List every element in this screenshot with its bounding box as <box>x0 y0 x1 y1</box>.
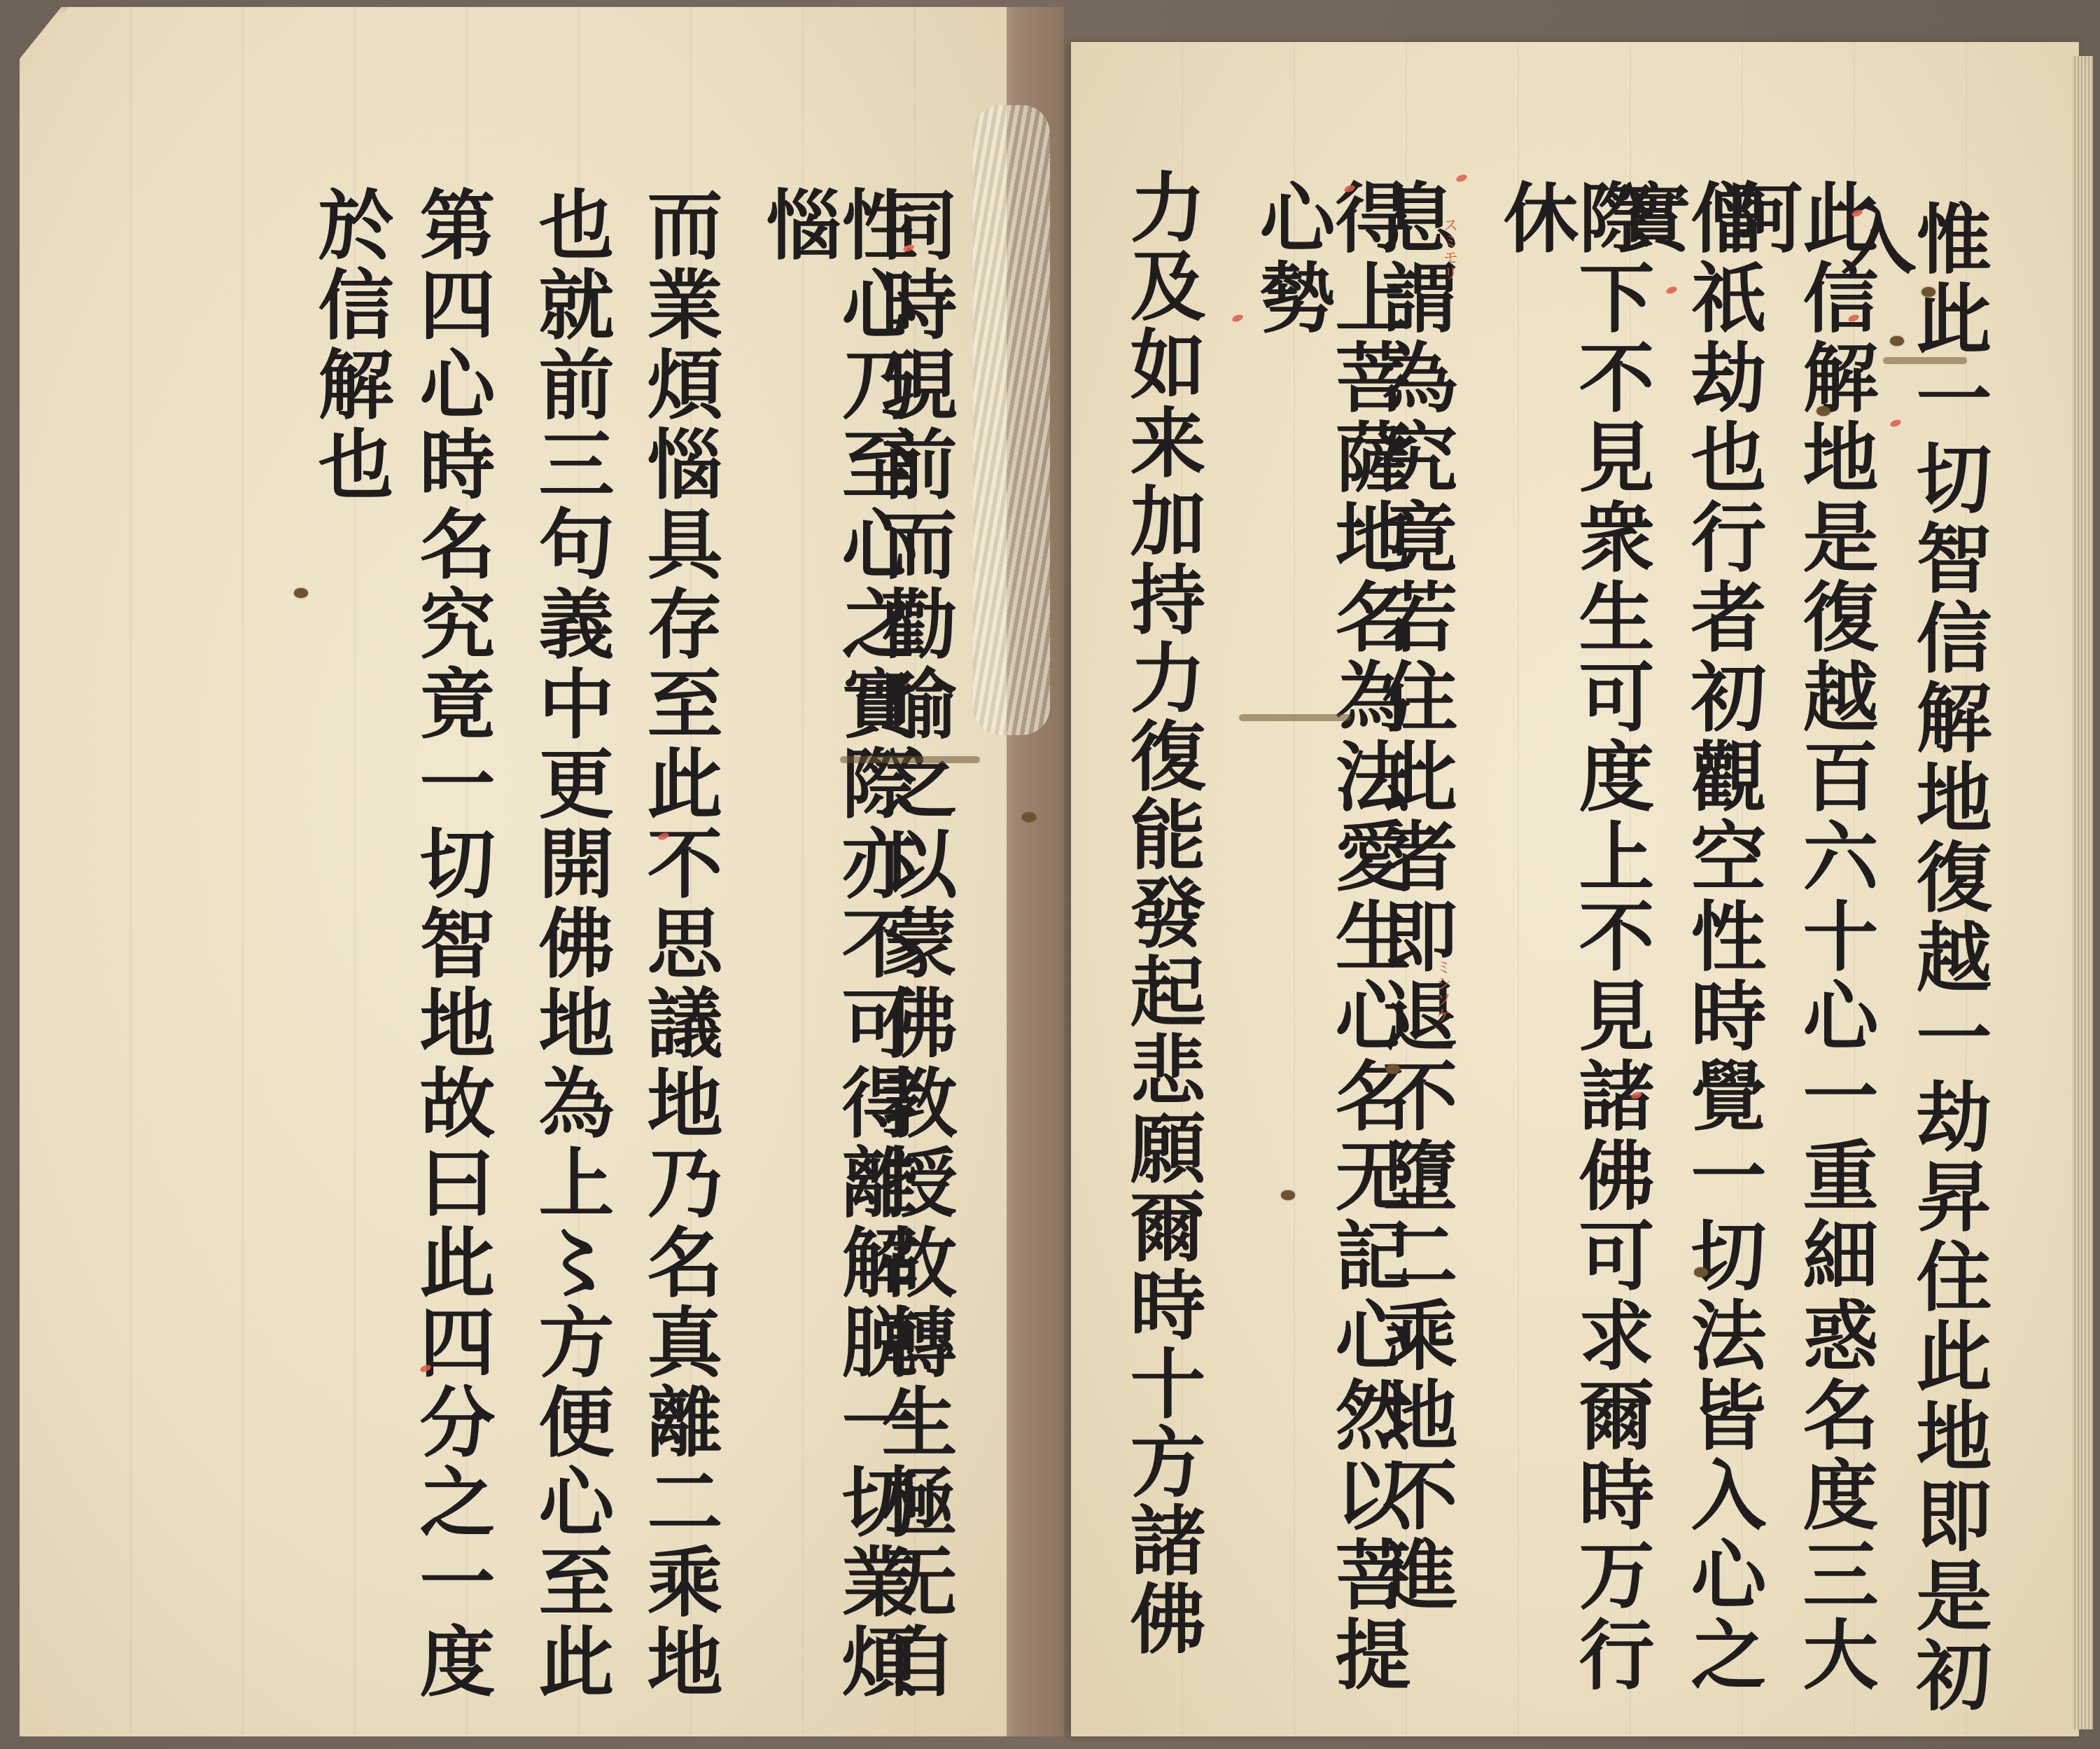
text-column-r7: 力及如来加持力復能發起悲願爾時十方諸佛 <box>1123 168 1199 1658</box>
wormhole <box>1890 336 1904 346</box>
wormhole <box>1694 1267 1708 1277</box>
book-spread: 惟此一切智信解地復越一劫昇住此地即是初入 此信解地是復越百六十心一重細惑名度三大… <box>0 0 2100 1749</box>
text-column-l2: 性心乃至心之實際亦不可得離解脱一切業煩惱 <box>759 186 911 1749</box>
wormhole <box>1022 812 1036 822</box>
page-edges <box>2072 56 2093 1729</box>
wormhole <box>294 588 308 598</box>
wormhole <box>1281 1190 1295 1200</box>
text-column-l4: 也就前三句義中更開佛地為上〻方便心至此 <box>532 186 608 1702</box>
wormhole <box>1816 406 1830 416</box>
bleed-through-text <box>161 182 287 1092</box>
katakana-gloss: ミシソケ <box>1431 959 1453 1024</box>
wormhole <box>1921 287 1935 297</box>
water-stain <box>1883 357 1967 364</box>
text-column-l3: 而業煩惱具存至此不思議地乃名真離二乘地 <box>640 186 716 1702</box>
text-column-l5: 第四心時名究竟一切智地故曰此四分之一度 <box>413 186 489 1702</box>
water-stain <box>840 756 980 763</box>
text-column-l6: 於信解也 <box>311 186 387 505</box>
text-column-r4: 際下不見衆生可度上不見諸佛可求爾時万行休 <box>1497 179 1648 1749</box>
text-column-r6: 得上菩薩地名為法愛生心名无記心然以菩提心勢 <box>1253 179 1404 1749</box>
water-stain <box>1239 714 1351 721</box>
wormhole <box>1386 1064 1400 1074</box>
binding-thread <box>973 105 1050 735</box>
katakana-gloss: スミモリ <box>1438 217 1460 281</box>
